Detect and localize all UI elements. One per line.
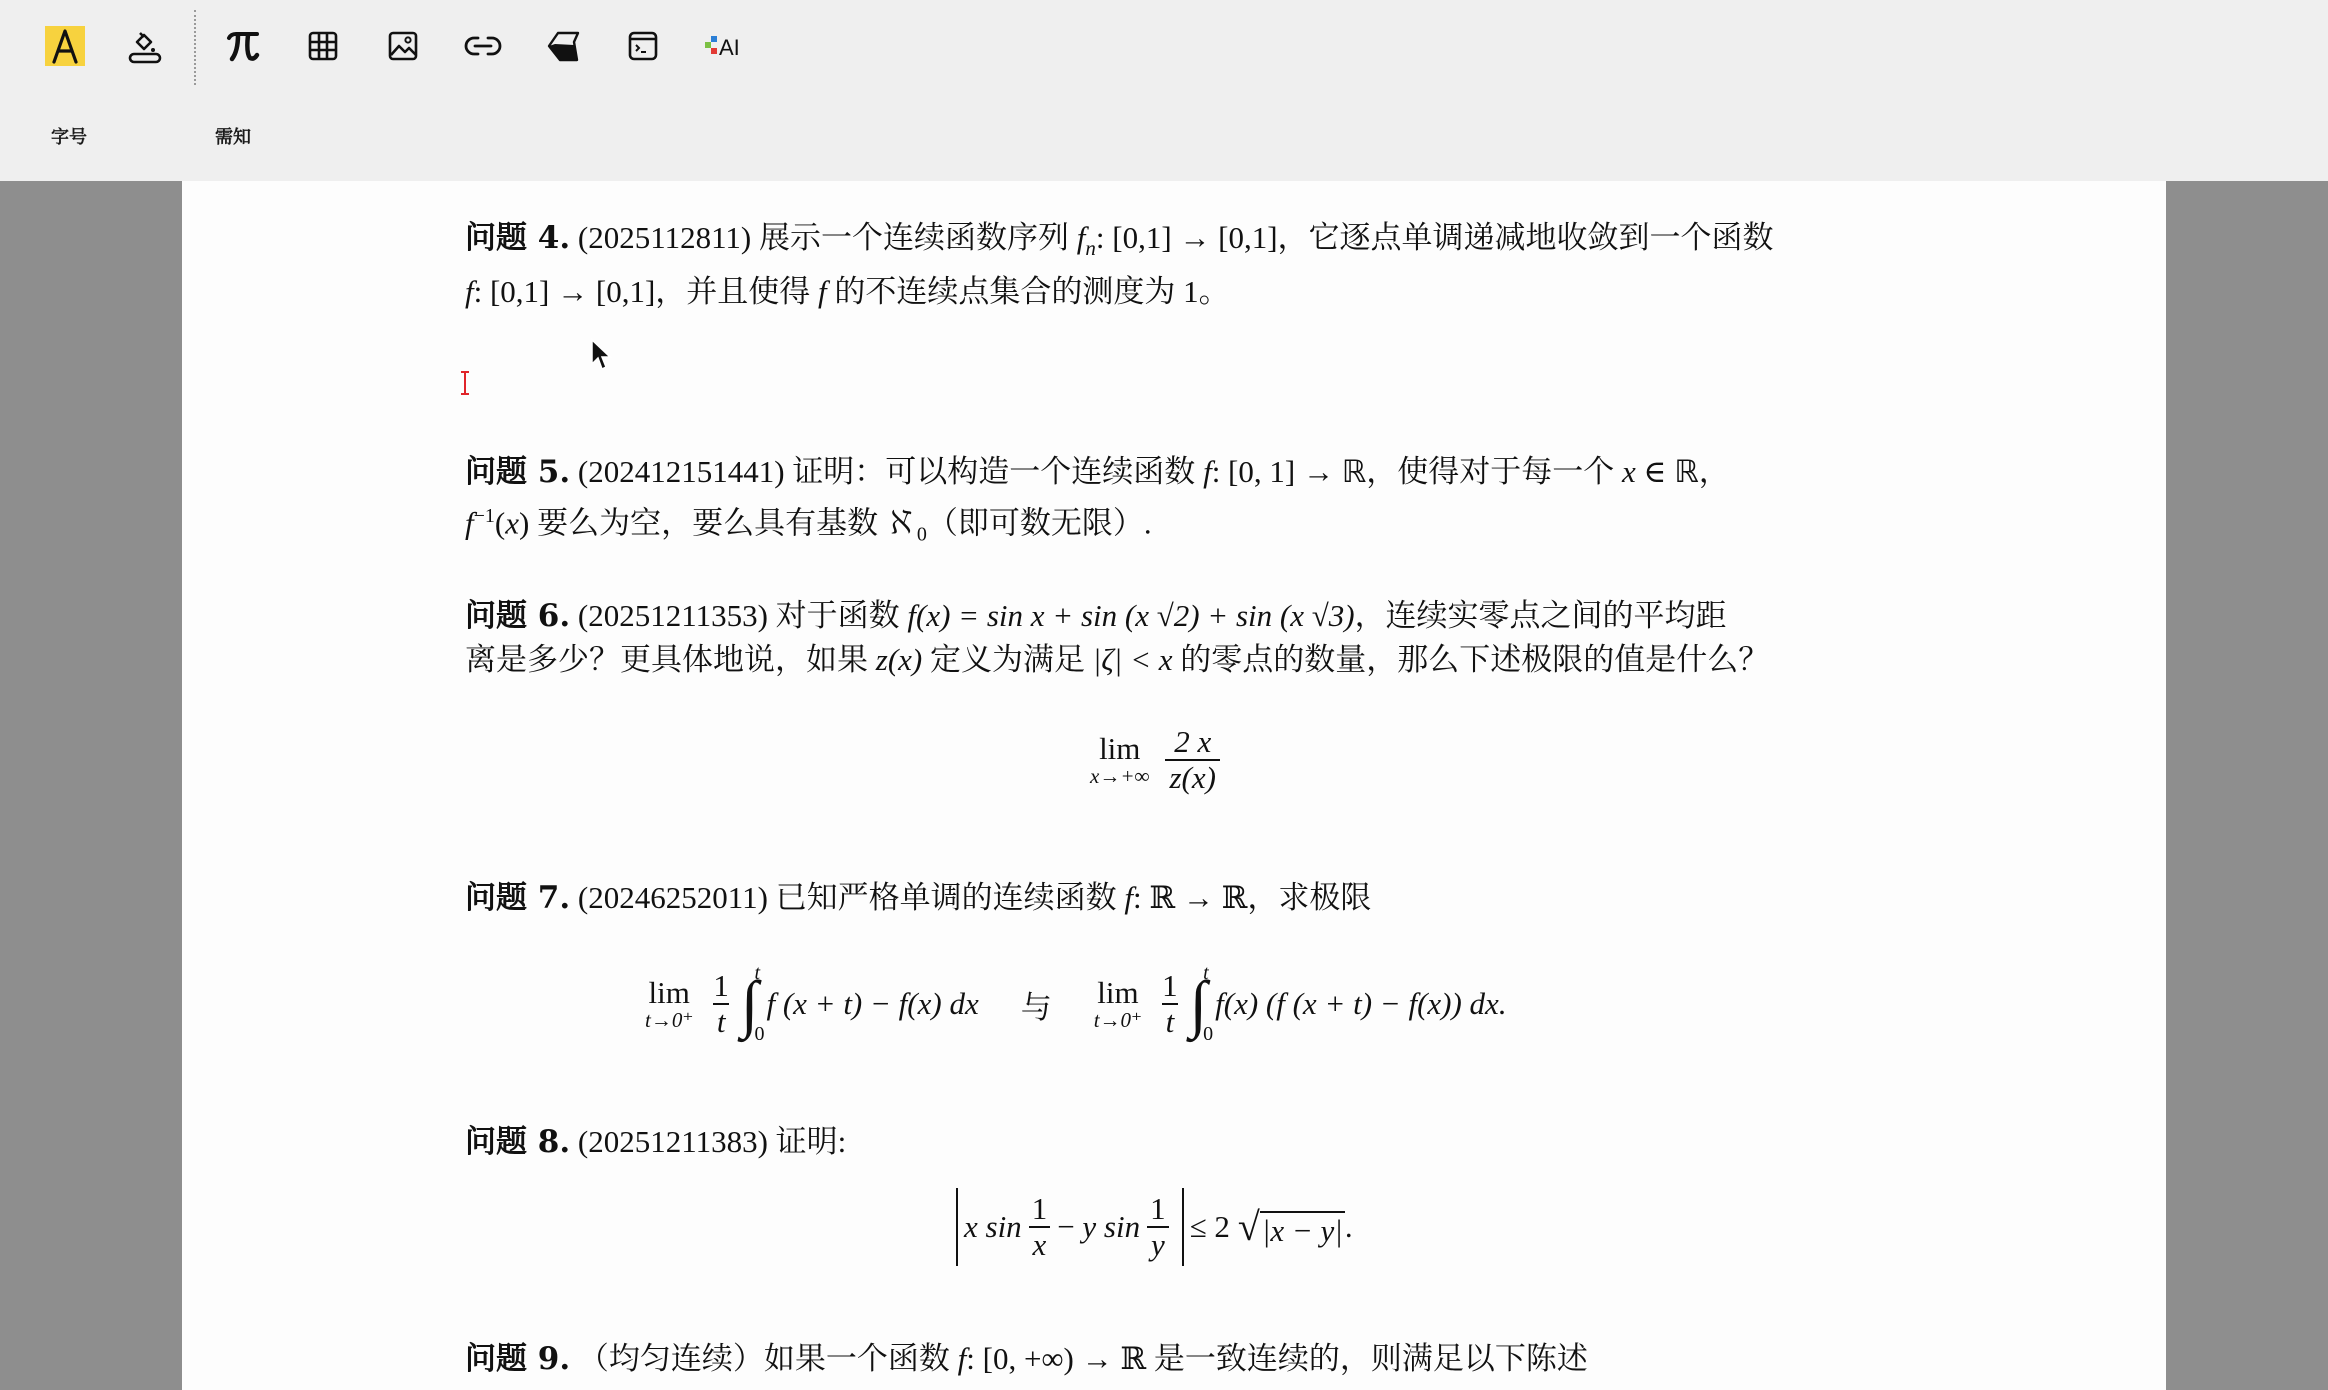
notice-label[interactable]: 需知 <box>215 123 251 149</box>
svg-text:AI: AI <box>719 35 740 59</box>
problem-6: 问题 6. (20251211353) 对于函数 f(x) = sin x + … <box>465 594 1890 682</box>
toolbar-separator <box>194 10 196 85</box>
problem-heading: 问题 6. <box>465 598 570 634</box>
code-block-button[interactable] <box>619 22 667 70</box>
eraser-button[interactable] <box>539 22 587 70</box>
pi-formula-icon <box>226 29 260 63</box>
eraser-icon <box>546 30 580 62</box>
problem-heading: 问题 5. <box>465 454 570 490</box>
font-size-icon <box>50 28 80 64</box>
font-size-button[interactable] <box>45 26 85 66</box>
problem-heading: 问题 7. <box>465 880 570 916</box>
problem-4: 问题 4. (2025112811) 展示一个连续函数序列 fn: [0,1] … <box>465 216 1890 314</box>
problem-5: 问题 5. (202412151441) 证明：可以构造一个连续函数 f: [0… <box>465 450 1890 557</box>
problem-7: 问题 7. (20246252011) 已知严格单调的连续函数 f: ℝ → ℝ… <box>465 876 1890 920</box>
mouse-pointer-icon <box>590 338 612 377</box>
paint-bucket-icon <box>127 28 163 64</box>
problem-heading: 问题 9. <box>465 1341 570 1377</box>
text-caret <box>463 371 466 395</box>
toolbar: AI 字号 需知 <box>0 0 2328 181</box>
problem-heading: 问题 4. <box>465 220 570 256</box>
inequality-formula: x sin 1x − y sin 1y ≤ 2 √|x − y| . <box>950 1188 1353 1266</box>
table-button[interactable] <box>299 22 347 70</box>
problem-9: 问题 9. （均匀连续）如果一个函数 f: [0, +∞) → ℝ 是一致连续的… <box>465 1337 1890 1381</box>
link-button[interactable] <box>459 22 507 70</box>
integral-limits-formula: limt→0⁺ 1t ∫t0 f (x + t) − f(x) dx 与 lim… <box>645 962 1507 1046</box>
table-icon <box>308 31 338 61</box>
problem-heading: 问题 8. <box>465 1124 570 1160</box>
ai-icon: AI <box>705 33 749 59</box>
fill-color-button[interactable] <box>121 22 169 70</box>
image-button[interactable] <box>379 22 427 70</box>
problem-8: 问题 8. (20251211383) 证明: <box>465 1120 1890 1164</box>
limit-formula: limx→+∞ 2 xz(x) <box>1090 725 1226 795</box>
font-size-label[interactable]: 字号 <box>51 123 87 149</box>
terminal-icon <box>628 31 658 61</box>
link-icon <box>464 34 502 58</box>
ai-button[interactable]: AI <box>699 22 755 70</box>
formula-button[interactable] <box>219 22 267 70</box>
image-icon <box>388 31 418 61</box>
